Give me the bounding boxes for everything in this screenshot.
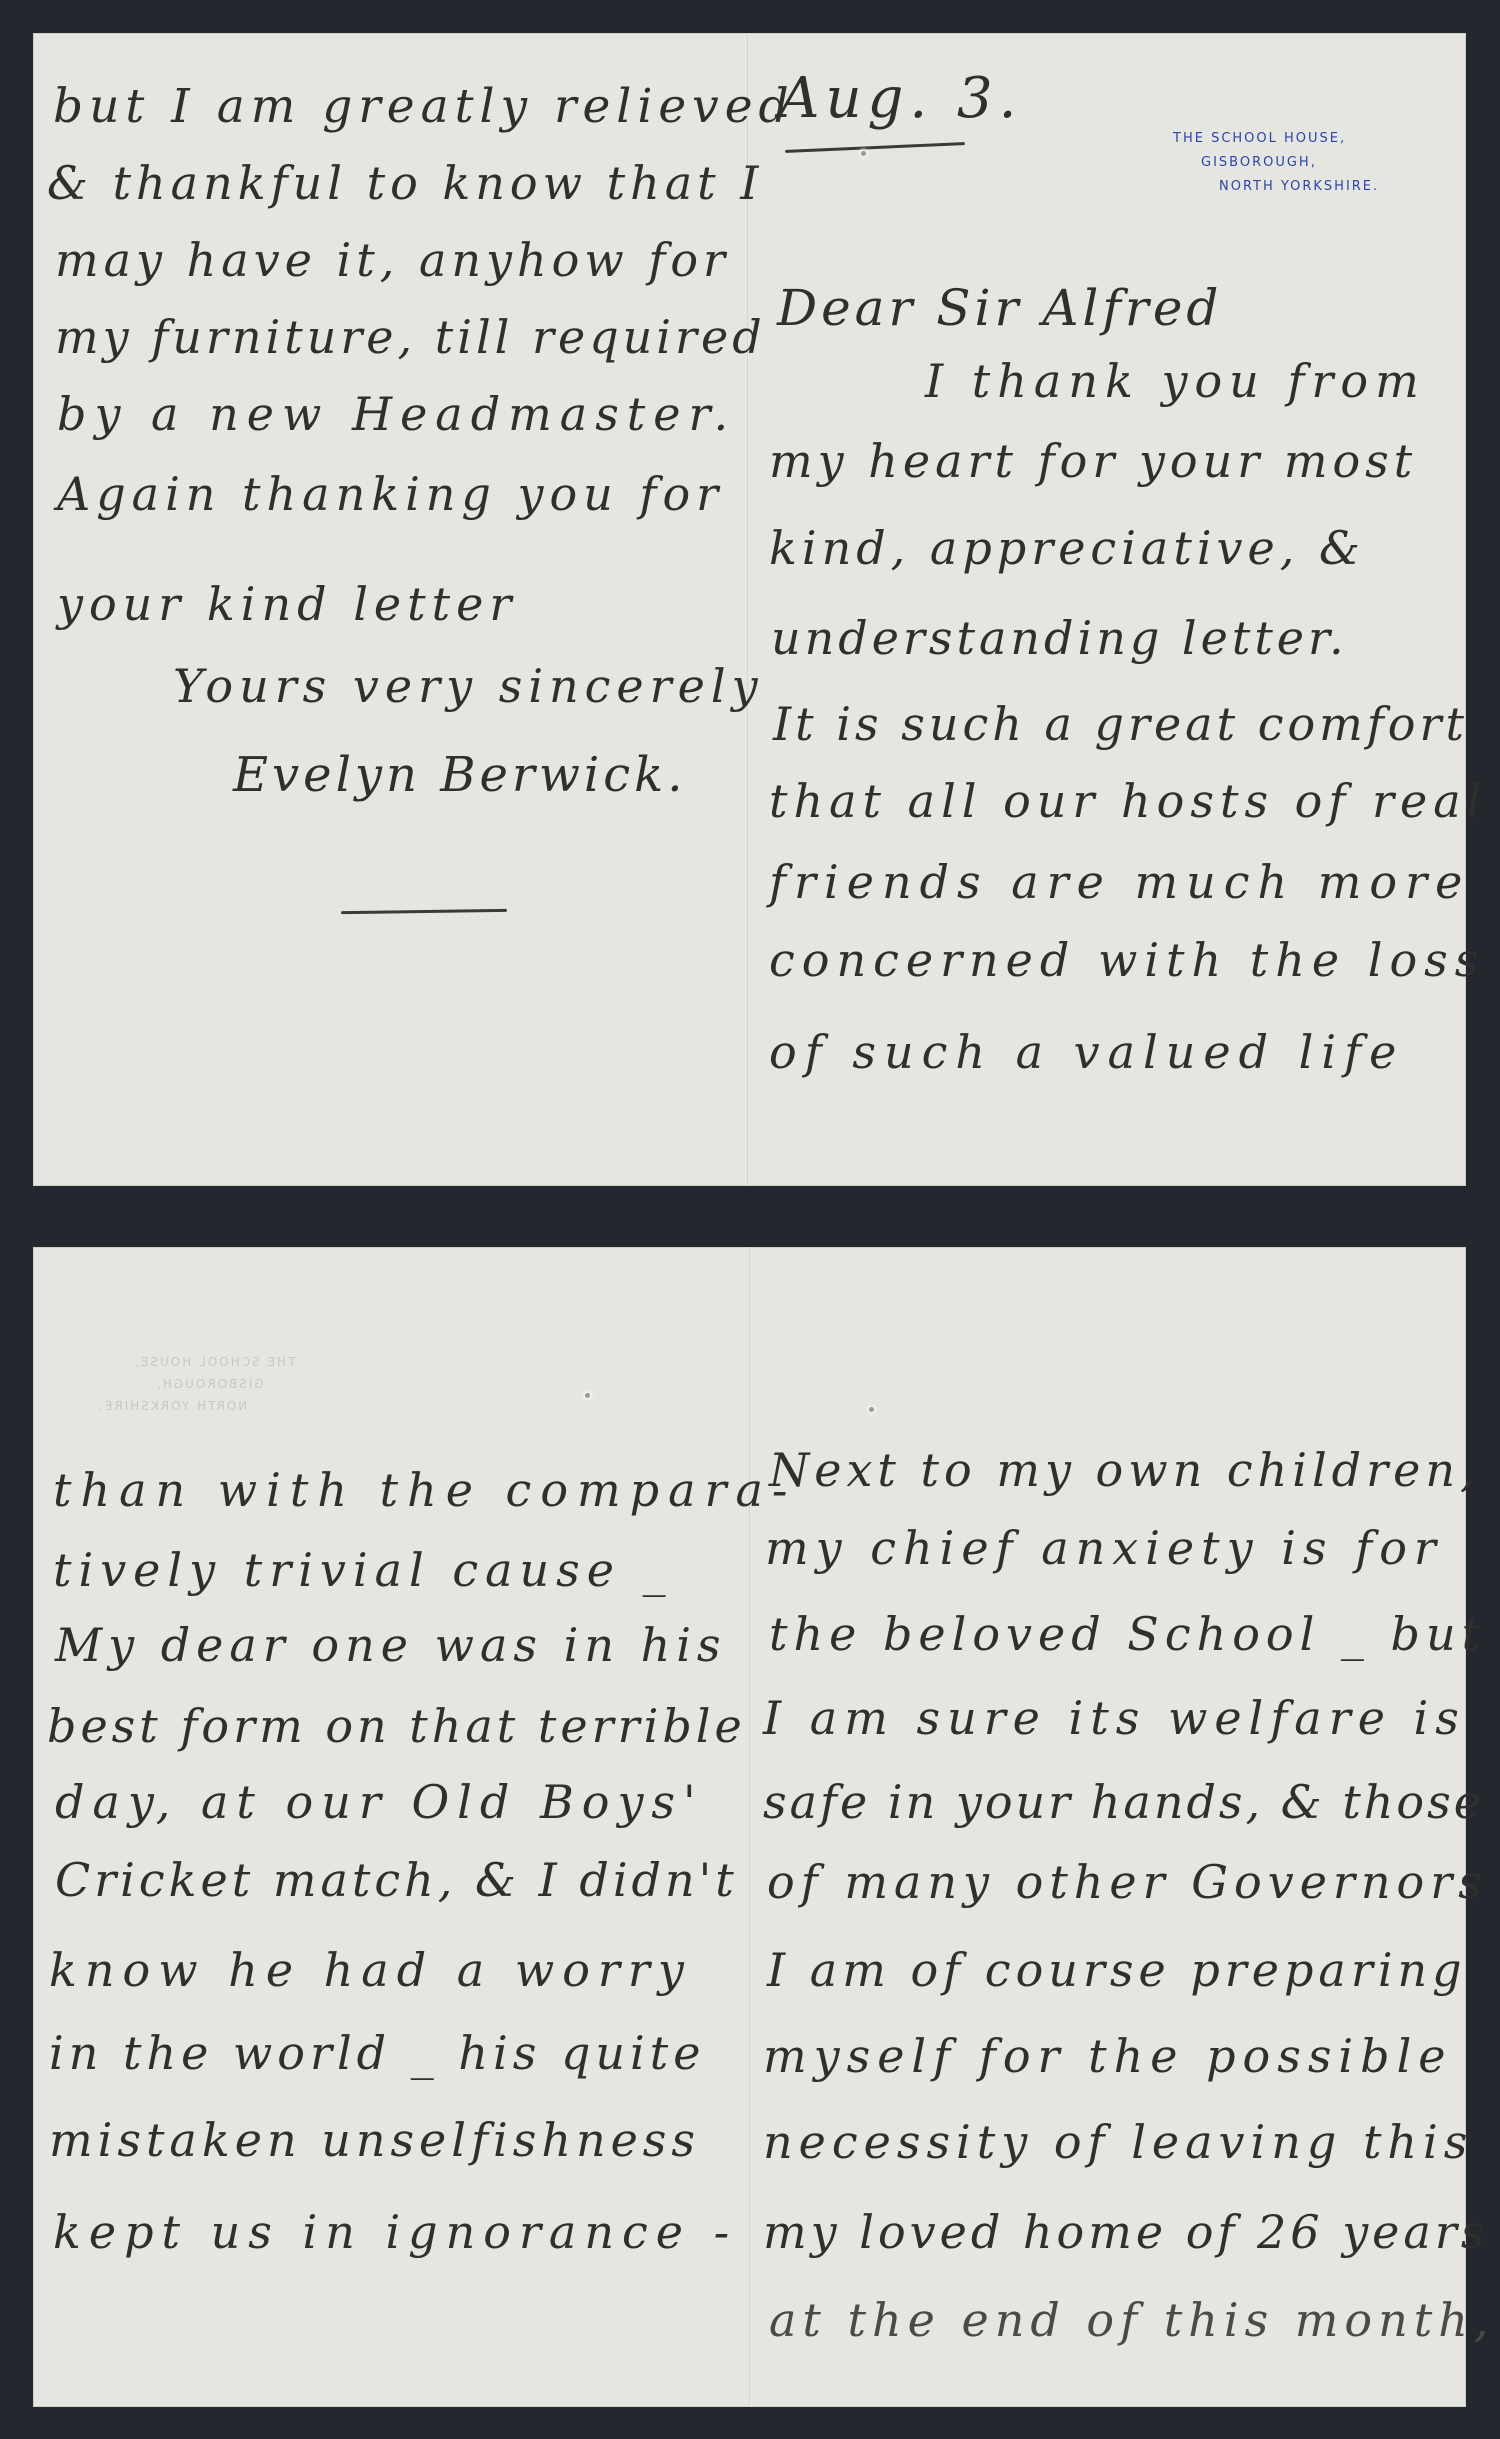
page-closing: but I am greatly relieved & thankful to …: [33, 33, 747, 1186]
handwritten-line: I am of course preparing: [767, 1947, 1467, 1993]
date: Aug. 3.: [779, 71, 1022, 127]
signature: Evelyn Berwick.: [233, 751, 687, 799]
date-rule: [785, 142, 965, 153]
handwritten-line: myself for the possible: [763, 2033, 1453, 2079]
handwritten-line: best form on that terrible: [47, 1703, 746, 1749]
handwritten-line: safe in your hands, & those: [763, 1779, 1484, 1825]
page-two: THE SCHOOL HOUSE, GISBOROUGH, NORTH YORK…: [33, 1247, 747, 2407]
handwritten-line: Cricket match, & I didn't: [55, 1857, 738, 1903]
handwritten-line: & thankful to know that I: [47, 160, 763, 206]
handwritten-line: that all our hosts of real: [769, 778, 1487, 824]
handwritten-line: Again thanking you for: [57, 471, 724, 517]
ghost-letterhead-line: THE SCHOOL HOUSE,: [133, 1355, 295, 1369]
handwritten-line: in the world _ his quite: [49, 2030, 705, 2076]
handwritten-line: by a new Headmaster.: [57, 391, 736, 437]
handwritten-line: my heart for your most: [769, 438, 1417, 484]
closing-phrase: Yours very sincerely: [173, 663, 764, 709]
handwritten-line: my loved home of 26 years: [763, 2209, 1488, 2255]
letterhead-line-1: THE SCHOOL HOUSE,: [1173, 132, 1346, 145]
salutation: Dear Sir Alfred: [777, 283, 1222, 333]
page-opening: Aug. 3. THE SCHOOL HOUSE, GISBOROUGH, NO…: [749, 33, 1466, 1186]
handwritten-line: necessity of leaving this: [763, 2119, 1473, 2165]
handwritten-line: Next to my own children,: [769, 1447, 1480, 1493]
ghost-letterhead-line: GISBOROUGH,: [155, 1377, 264, 1391]
handwritten-line: may have it, anyhow for: [55, 237, 730, 283]
handwritten-line: kept us in ignorance -: [53, 2209, 737, 2255]
handwritten-line: know he had a worry: [49, 1947, 692, 1993]
handwritten-line: friends are much more: [769, 859, 1470, 905]
handwritten-line: of such a valued life: [769, 1029, 1404, 1075]
handwritten-line: day, at our Old Boys': [55, 1779, 704, 1825]
handwritten-line: My dear one was in his: [55, 1622, 727, 1668]
handwritten-line: your kind letter: [57, 581, 517, 627]
handwritten-line: than with the compara-: [53, 1467, 796, 1513]
handwritten-line: understanding letter.: [771, 615, 1348, 661]
handwritten-line: I thank you from: [925, 358, 1426, 404]
handwritten-line: of many other Governors -: [767, 1859, 1500, 1905]
pinhole: [869, 1407, 874, 1412]
ghost-letterhead-line: NORTH YORKSHIRE.: [97, 1399, 247, 1413]
pinhole: [585, 1393, 590, 1398]
handwritten-line: tively trivial cause _: [53, 1547, 673, 1593]
pinhole: [861, 151, 866, 156]
letter-sheet-bottom: THE SCHOOL HOUSE, GISBOROUGH, NORTH YORK…: [33, 1247, 1466, 2407]
letter-sheet-top: but I am greatly relieved & thankful to …: [33, 33, 1466, 1186]
handwritten-line: It is such a great comfort: [773, 701, 1468, 747]
handwritten-line: my furniture, till required: [55, 314, 766, 360]
handwritten-line: I am sure its welfare is: [763, 1695, 1466, 1741]
letterhead-line-3: NORTH YORKSHIRE.: [1219, 180, 1379, 193]
page-three: Next to my own children, my chief anxiet…: [749, 1247, 1466, 2407]
handwritten-line: at the end of this month,: [769, 2297, 1494, 2343]
handwritten-line: my chief anxiety is for: [765, 1525, 1443, 1571]
handwritten-line: the beloved School _ but: [769, 1611, 1486, 1657]
closing-rule: [341, 909, 507, 914]
letterhead-line-2: GISBOROUGH,: [1201, 156, 1317, 169]
handwritten-line: kind, appreciative, &: [769, 525, 1365, 571]
handwritten-line: concerned with the loss: [769, 937, 1485, 983]
handwritten-line: but I am greatly relieved: [53, 83, 795, 130]
handwritten-line: mistaken unselfishness: [49, 2117, 700, 2163]
